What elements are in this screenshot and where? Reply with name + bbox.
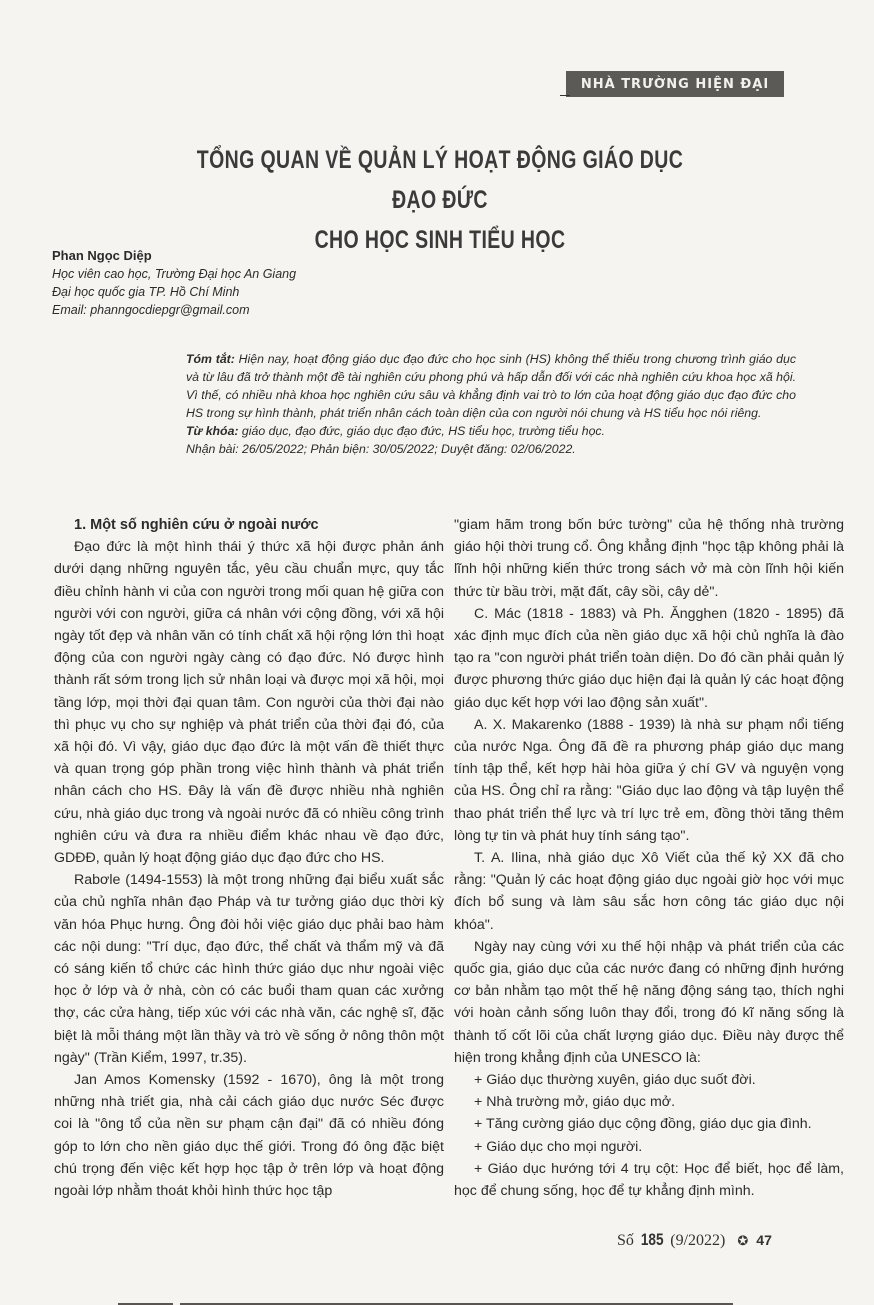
issue-number: 185: [641, 1230, 664, 1250]
keywords: Từ khóa: giáo dục, đạo đức, giáo dục đạo…: [186, 422, 796, 440]
article-title: TỔNG QUAN VỀ QUẢN LÝ HOẠT ĐỘNG GIÁO DỤC …: [175, 140, 705, 260]
paragraph: "giam hãm trong bốn bức tường" của hệ th…: [454, 514, 844, 603]
paragraph: Jan Amos Komensky (1592 - 1670), ông là …: [54, 1069, 444, 1202]
star-icon: ✪: [737, 1233, 748, 1249]
bullet-item: + Tăng cường giáo dục cộng đồng, giáo dụ…: [454, 1113, 844, 1135]
author-block: Phan Ngọc Diệp Học viên cao học, Trường …: [52, 247, 352, 319]
abstract: Tóm tắt: Hiện nay, hoạt động giáo dục đạ…: [186, 350, 796, 422]
bullet-item: + Giáo dục thường xuyên, giáo dục suốt đ…: [454, 1069, 844, 1091]
abstract-label: Tóm tắt:: [186, 352, 235, 366]
author-email: Email: phanngocdiepgr@gmail.com: [52, 301, 352, 319]
bullet-item: + Nhà trường mở, giáo dục mở.: [454, 1091, 844, 1113]
issue-prefix: Số: [617, 1232, 634, 1250]
abstract-text: Hiện nay, hoạt động giáo dục đạo đức cho…: [186, 352, 796, 420]
left-column: 1. Một số nghiên cứu ở ngoài nước Đạo đứ…: [54, 514, 444, 1202]
abstract-block: Tóm tắt: Hiện nay, hoạt động giáo dục đạ…: [186, 350, 796, 458]
author-affiliation-2: Đại học quốc gia TP. Hồ Chí Minh: [52, 283, 352, 301]
keywords-text: giáo dục, đạo đức, giáo dục đạo đức, HS …: [239, 424, 605, 438]
banner-rule: [560, 95, 570, 96]
section-banner: NHÀ TRƯỜNG HIỆN ĐẠI: [566, 71, 784, 97]
title-line-1: TỔNG QUAN VỀ QUẢN LÝ HOẠT ĐỘNG GIÁO DỤC …: [175, 140, 705, 220]
dates: Nhận bài: 26/05/2022; Phản biện: 30/05/2…: [186, 440, 796, 458]
paragraph: C. Mác (1818 - 1883) và Ph. Ăngghen (182…: [454, 603, 844, 714]
page-footer: Số 185 (9/2022) ✪ 47: [617, 1230, 772, 1250]
section-heading: 1. Một số nghiên cứu ở ngoài nước: [54, 514, 444, 536]
author-name: Phan Ngọc Diệp: [52, 247, 352, 265]
bullet-item: + Giáo dục cho mọi người.: [454, 1136, 844, 1158]
paragraph: Rabơle (1494-1553) là một trong những đạ…: [54, 869, 444, 1069]
paragraph: A. X. Makarenko (1888 - 1939) là nhà sư …: [454, 714, 844, 847]
page-number: 47: [756, 1232, 772, 1248]
author-affiliation-1: Học viên cao học, Trường Đại học An Gian…: [52, 265, 352, 283]
section-label: NHÀ TRƯỜNG HIỆN ĐẠI: [581, 77, 769, 92]
right-column: "giam hãm trong bốn bức tường" của hệ th…: [454, 514, 844, 1202]
paragraph: Đạo đức là một hình thái ý thức xã hội đ…: [54, 536, 444, 869]
keywords-label: Từ khóa:: [186, 424, 239, 438]
bullet-item: + Giáo dục hướng tới 4 trụ cột: Học để b…: [454, 1158, 844, 1202]
issue-date: (9/2022): [670, 1232, 725, 1250]
paragraph: Ngày nay cùng với xu thế hội nhập và phá…: [454, 936, 844, 1069]
paragraph: T. A. Ilina, nhà giáo dục Xô Viết của th…: [454, 847, 844, 936]
